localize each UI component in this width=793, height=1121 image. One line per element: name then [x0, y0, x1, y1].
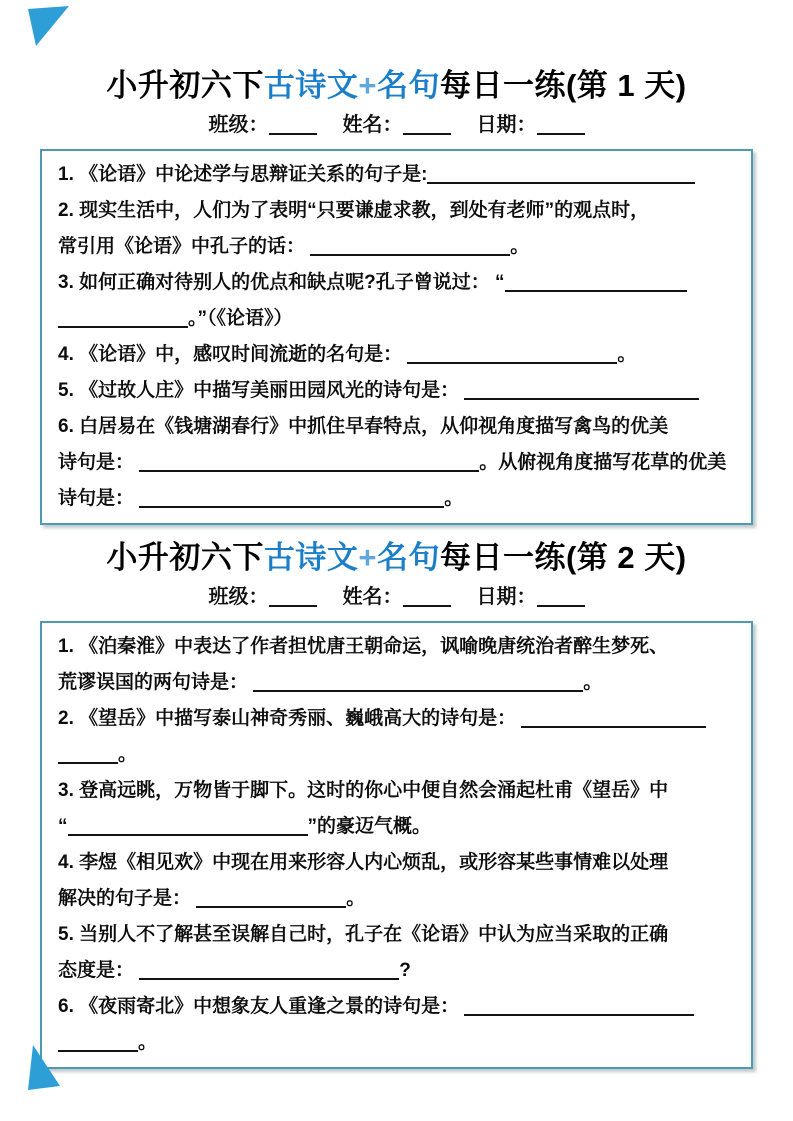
header-fields-row: 班级：姓名：日期： [0, 111, 793, 139]
question-item: 1. 《泊秦淮》中表达了作者担忧唐王朝命运，讽喻晚唐统治者醉生梦死、荒谬误国的两… [58, 629, 737, 701]
worksheet-day-section: 小升初六下古诗文+名句每日一练(第 1 天)班级：姓名：日期：1. 《论语》中论… [0, 0, 793, 525]
field-label: 姓名： [343, 114, 403, 136]
field-blank-line [537, 585, 585, 607]
question-text: 5. 当别人不了解甚至误解自己时，孔子在《论语》中认为应当采取的正确 [58, 924, 668, 945]
question-text: 解决的句子是： [58, 888, 196, 909]
answer-blank-line [407, 343, 617, 364]
answer-blank-line [58, 1031, 138, 1052]
field-label: 姓名： [343, 586, 403, 608]
corner-decoration-top-icon [27, 6, 71, 48]
question-item: 1. 《论语》中论述学与思辩证关系的句子是: [58, 157, 737, 193]
header-field: 日期： [477, 114, 585, 136]
title-part-highlight1: 古诗文 [264, 540, 359, 575]
question-item: 5. 当别人不了解甚至误解自己时，孔子在《论语》中认为应当采取的正确态度是： ? [58, 917, 737, 989]
answer-blank-line [310, 235, 510, 256]
answer-blank-line [521, 707, 706, 728]
title-part-suffix: 每日一练(第 1 天) [440, 68, 687, 103]
question-line: 。”（《论语》） [58, 301, 737, 337]
question-item: 6. 白居易在《钱塘湖春行》中抓住早春特点，从仰视角度描写禽鸟的优美诗句是： 。… [58, 409, 737, 517]
field-blank-line [537, 113, 585, 135]
question-line: 1. 《泊秦淮》中表达了作者担忧唐王朝命运，讽喻晚唐统治者醉生梦死、 [58, 629, 737, 665]
question-text: 常引用《论语》中孔子的话： [58, 236, 310, 257]
worksheet-day-section: 小升初六下古诗文+名句每日一练(第 2 天)班级：姓名：日期：1. 《泊秦淮》中… [0, 525, 793, 1069]
field-label: 班级： [209, 114, 269, 136]
answer-blank-line [464, 995, 694, 1016]
question-text: 。 [118, 744, 137, 765]
question-line: 4. 李煜《相见欢》中现在用来形容人内心烦乱，或形容某些事情难以处理 [58, 845, 737, 881]
title-part-highlight1: 古诗文 [264, 68, 359, 103]
question-text: 6. 《夜雨寄北》中想象友人重逢之景的诗句是： [58, 996, 464, 1017]
question-line: 诗句是： 。 [58, 481, 737, 517]
title-part-prefix: 小升初六下 [106, 540, 264, 575]
question-text: ”的豪迈气概。 [308, 816, 432, 837]
field-label: 日期： [477, 586, 537, 608]
question-line: 3. 如何正确对待别人的优点和缺点呢?孔子曾说过： “ [58, 265, 737, 301]
header-field: 日期： [477, 586, 585, 608]
question-text: 诗句是： [58, 452, 139, 473]
question-text: 荒谬误国的两句诗是： [58, 672, 253, 693]
title-part-plus: + [358, 68, 377, 103]
question-line: 4. 《论语》中，感叹时间流逝的名句是： 。 [58, 337, 737, 373]
field-blank-line [403, 585, 451, 607]
question-line: 态度是： ? [58, 953, 737, 989]
question-text: 6. 白居易在《钱塘湖春行》中抓住早春特点，从仰视角度描写禽鸟的优美 [58, 416, 668, 437]
question-text: 2. 《望岳》中描写泰山神奇秀丽、巍峨高大的诗句是： [58, 708, 521, 729]
question-line: 1. 《论语》中论述学与思辩证关系的句子是: [58, 157, 737, 193]
question-text: 4. 《论语》中，感叹时间流逝的名句是： [58, 344, 407, 365]
answer-blank-line [68, 815, 308, 836]
question-text: 态度是： [58, 960, 139, 981]
corner-decoration-bottom-icon [27, 1044, 63, 1092]
answer-blank-line [464, 379, 699, 400]
question-line: 6. 《夜雨寄北》中想象友人重逢之景的诗句是： [58, 989, 737, 1025]
field-label: 班级： [209, 586, 269, 608]
question-text: 。从俯视角度描写花草的优美 [479, 452, 726, 473]
question-line: 。 [58, 737, 737, 773]
header-field: 姓名： [343, 114, 451, 136]
question-line: 6. 白居易在《钱塘湖春行》中抓住早春特点，从仰视角度描写禽鸟的优美 [58, 409, 737, 445]
question-item: 2. 现实生活中，人们为了表明“只要谦虚求教，到处有老师”的观点时，常引用《论语… [58, 193, 737, 265]
field-blank-line [269, 113, 317, 135]
question-line: 5. 当别人不了解甚至误解自己时，孔子在《论语》中认为应当采取的正确 [58, 917, 737, 953]
question-line: 2. 现实生活中，人们为了表明“只要谦虚求教，到处有老师”的观点时， [58, 193, 737, 229]
question-line: 解决的句子是： 。 [58, 881, 737, 917]
question-item: 2. 《望岳》中描写泰山神奇秀丽、巍峨高大的诗句是： 。 [58, 701, 737, 773]
question-text: 1. 《论语》中论述学与思辩证关系的句子是: [58, 164, 427, 185]
question-line: “”的豪迈气概。 [58, 809, 737, 845]
answer-blank-line [427, 163, 695, 184]
question-line: 。 [58, 1025, 737, 1061]
question-text: 1. 《泊秦淮》中表达了作者担忧唐王朝命运，讽喻晚唐统治者醉生梦死、 [58, 636, 668, 657]
question-text: “ [58, 816, 68, 837]
question-text: 4. 李煜《相见欢》中现在用来形容人内心烦乱，或形容某些事情难以处理 [58, 852, 668, 873]
question-text: 5. 《过故人庄》中描写美丽田园风光的诗句是： [58, 380, 464, 401]
question-box: 1. 《泊秦淮》中表达了作者担忧唐王朝命运，讽喻晚唐统治者醉生梦死、荒谬误国的两… [40, 621, 753, 1069]
worksheet-page: 小升初六下古诗文+名句每日一练(第 1 天)班级：姓名：日期：1. 《论语》中论… [0, 0, 793, 1121]
title-part-suffix: 每日一练(第 2 天) [440, 540, 687, 575]
question-text: 。”（《论语》） [188, 308, 293, 329]
answer-blank-line [58, 743, 118, 764]
question-item: 3. 登高远眺，万物皆于脚下。这时的你心中便自然会涌起杜甫《望岳》中“”的豪迈气… [58, 773, 737, 845]
header-fields-row: 班级：姓名：日期： [0, 583, 793, 611]
question-line: 2. 《望岳》中描写泰山神奇秀丽、巍峨高大的诗句是： [58, 701, 737, 737]
question-text: 。 [617, 344, 636, 365]
question-text: 。 [583, 672, 602, 693]
question-line: 5. 《过故人庄》中描写美丽田园风光的诗句是： [58, 373, 737, 409]
answer-blank-line [139, 487, 444, 508]
question-text: 3. 如何正确对待别人的优点和缺点呢?孔子曾说过： “ [58, 272, 505, 293]
answer-blank-line [196, 887, 346, 908]
answer-blank-line [139, 451, 479, 472]
title-part-prefix: 小升初六下 [106, 68, 264, 103]
question-item: 3. 如何正确对待别人的优点和缺点呢?孔子曾说过： “。”（《论语》） [58, 265, 737, 337]
question-line: 荒谬误国的两句诗是： 。 [58, 665, 737, 701]
question-text: ? [399, 960, 411, 981]
worksheet-sections: 小升初六下古诗文+名句每日一练(第 1 天)班级：姓名：日期：1. 《论语》中论… [0, 0, 793, 1069]
field-blank-line [269, 585, 317, 607]
question-line: 诗句是： 。从俯视角度描写花草的优美 [58, 445, 737, 481]
field-label: 日期： [477, 114, 537, 136]
header-field: 班级： [209, 114, 317, 136]
field-blank-line [403, 113, 451, 135]
title-part-plus: + [358, 540, 377, 575]
question-text: 。 [510, 236, 529, 257]
question-text: 。 [138, 1032, 157, 1053]
question-item: 5. 《过故人庄》中描写美丽田园风光的诗句是： [58, 373, 737, 409]
answer-blank-line [253, 671, 583, 692]
answer-blank-line [505, 271, 687, 292]
question-line: 常引用《论语》中孔子的话： 。 [58, 229, 737, 265]
question-text: 。 [346, 888, 365, 909]
question-item: 4. 李煜《相见欢》中现在用来形容人内心烦乱，或形容某些事情难以处理解决的句子是… [58, 845, 737, 917]
header-field: 班级： [209, 586, 317, 608]
question-item: 4. 《论语》中，感叹时间流逝的名句是： 。 [58, 337, 737, 373]
question-box: 1. 《论语》中论述学与思辩证关系的句子是:2. 现实生活中，人们为了表明“只要… [40, 149, 753, 525]
header-field: 姓名： [343, 586, 451, 608]
section-title: 小升初六下古诗文+名句每日一练(第 1 天) [0, 0, 793, 106]
question-text: 3. 登高远眺，万物皆于脚下。这时的你心中便自然会涌起杜甫《望岳》中 [58, 780, 668, 801]
answer-blank-line [58, 307, 188, 328]
question-text: 。 [444, 488, 463, 509]
question-item: 6. 《夜雨寄北》中想象友人重逢之景的诗句是： 。 [58, 989, 737, 1061]
question-text: 诗句是： [58, 488, 139, 509]
question-text: 2. 现实生活中，人们为了表明“只要谦虚求教，到处有老师”的观点时， [58, 200, 649, 221]
question-line: 3. 登高远眺，万物皆于脚下。这时的你心中便自然会涌起杜甫《望岳》中 [58, 773, 737, 809]
title-part-highlight2: 名句 [377, 540, 440, 575]
title-part-highlight2: 名句 [377, 68, 440, 103]
answer-blank-line [139, 959, 399, 980]
section-title: 小升初六下古诗文+名句每日一练(第 2 天) [0, 525, 793, 578]
